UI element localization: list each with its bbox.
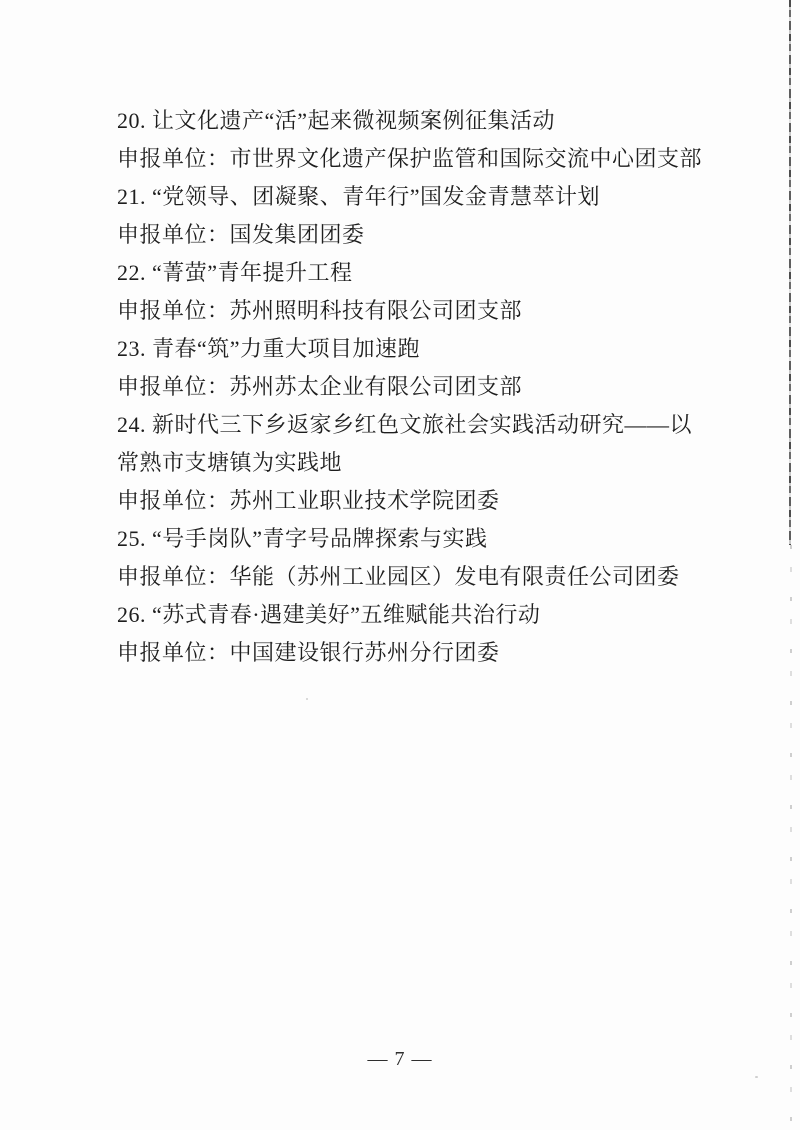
project-title-text: 21. “党领导、团凝聚、青年行”国发金青慧萃计划 bbox=[117, 184, 600, 209]
project-title-line: 23. 青春“筑”力重大项目加速跑 bbox=[117, 330, 717, 368]
applicant-unit-text: 申报单位：华能（苏州工业园区）发电有限责任公司团委 bbox=[117, 564, 680, 589]
applicant-unit-text: 申报单位：苏州工业职业技术学院团委 bbox=[117, 488, 500, 513]
project-title-text: 24. 新时代三下乡返家乡红色文旅社会实践活动研究——以 bbox=[117, 412, 692, 437]
project-title-line: 22. “菁萤”青年提升工程 bbox=[117, 254, 717, 292]
project-title-text: 25. “号手岗队”青字号品牌探索与实践 bbox=[117, 526, 488, 551]
page-number: — 7 — bbox=[368, 1048, 433, 1070]
applicant-unit-line: 申报单位：中国建设银行苏州分行团委 bbox=[117, 634, 717, 672]
scan-edge-artifact-top bbox=[789, 0, 791, 545]
page-footer: — 7 — bbox=[0, 1048, 800, 1071]
applicant-unit-line: 申报单位：国发集团团委 bbox=[117, 216, 717, 254]
scan-edge-artifact-bottom bbox=[790, 545, 792, 1130]
applicant-unit-text: 申报单位：中国建设银行苏州分行团委 bbox=[117, 640, 500, 665]
project-title-line: 24. 新时代三下乡返家乡红色文旅社会实践活动研究——以 bbox=[117, 406, 717, 444]
applicant-unit-text: 申报单位：市世界文化遗产保护监管和国际交流中心团支部 bbox=[117, 146, 702, 171]
applicant-unit-line: 申报单位：苏州苏太企业有限公司团支部 bbox=[117, 368, 717, 406]
project-title-line: 21. “党领导、团凝聚、青年行”国发金青慧萃计划 bbox=[117, 178, 717, 216]
applicant-unit-line: 申报单位：苏州照明科技有限公司团支部 bbox=[117, 292, 717, 330]
project-title-line: 25. “号手岗队”青字号品牌探索与实践 bbox=[117, 520, 717, 558]
project-title-line: 20. 让文化遗产“活”起来微视频案例征集活动 bbox=[117, 102, 717, 140]
applicant-unit-line: 申报单位：市世界文化遗产保护监管和国际交流中心团支部 bbox=[117, 140, 717, 178]
project-title-text: 26. “苏式青春·遇建美好”五维赋能共治行动 bbox=[117, 602, 540, 627]
document-body: 20. 让文化遗产“活”起来微视频案例征集活动申报单位：市世界文化遗产保护监管和… bbox=[117, 102, 717, 672]
project-title-line: 26. “苏式青春·遇建美好”五维赋能共治行动 bbox=[117, 596, 717, 634]
scan-speck bbox=[755, 1076, 758, 1078]
scan-speck bbox=[306, 698, 308, 700]
title-continuation-text: 常熟市支塘镇为实践地 bbox=[117, 450, 342, 475]
project-title-text: 22. “菁萤”青年提升工程 bbox=[117, 260, 353, 285]
project-title-text: 20. 让文化遗产“活”起来微视频案例征集活动 bbox=[117, 108, 555, 133]
applicant-unit-text: 申报单位：苏州苏太企业有限公司团支部 bbox=[117, 374, 522, 399]
title-continuation-line: 常熟市支塘镇为实践地 bbox=[117, 444, 717, 482]
applicant-unit-line: 申报单位：华能（苏州工业园区）发电有限责任公司团委 bbox=[117, 558, 717, 596]
document-page: 20. 让文化遗产“活”起来微视频案例征集活动申报单位：市世界文化遗产保护监管和… bbox=[0, 0, 800, 1130]
applicant-unit-text: 申报单位：国发集团团委 bbox=[117, 222, 365, 247]
applicant-unit-text: 申报单位：苏州照明科技有限公司团支部 bbox=[117, 298, 522, 323]
project-title-text: 23. 青春“筑”力重大项目加速跑 bbox=[117, 336, 420, 361]
applicant-unit-line: 申报单位：苏州工业职业技术学院团委 bbox=[117, 482, 717, 520]
